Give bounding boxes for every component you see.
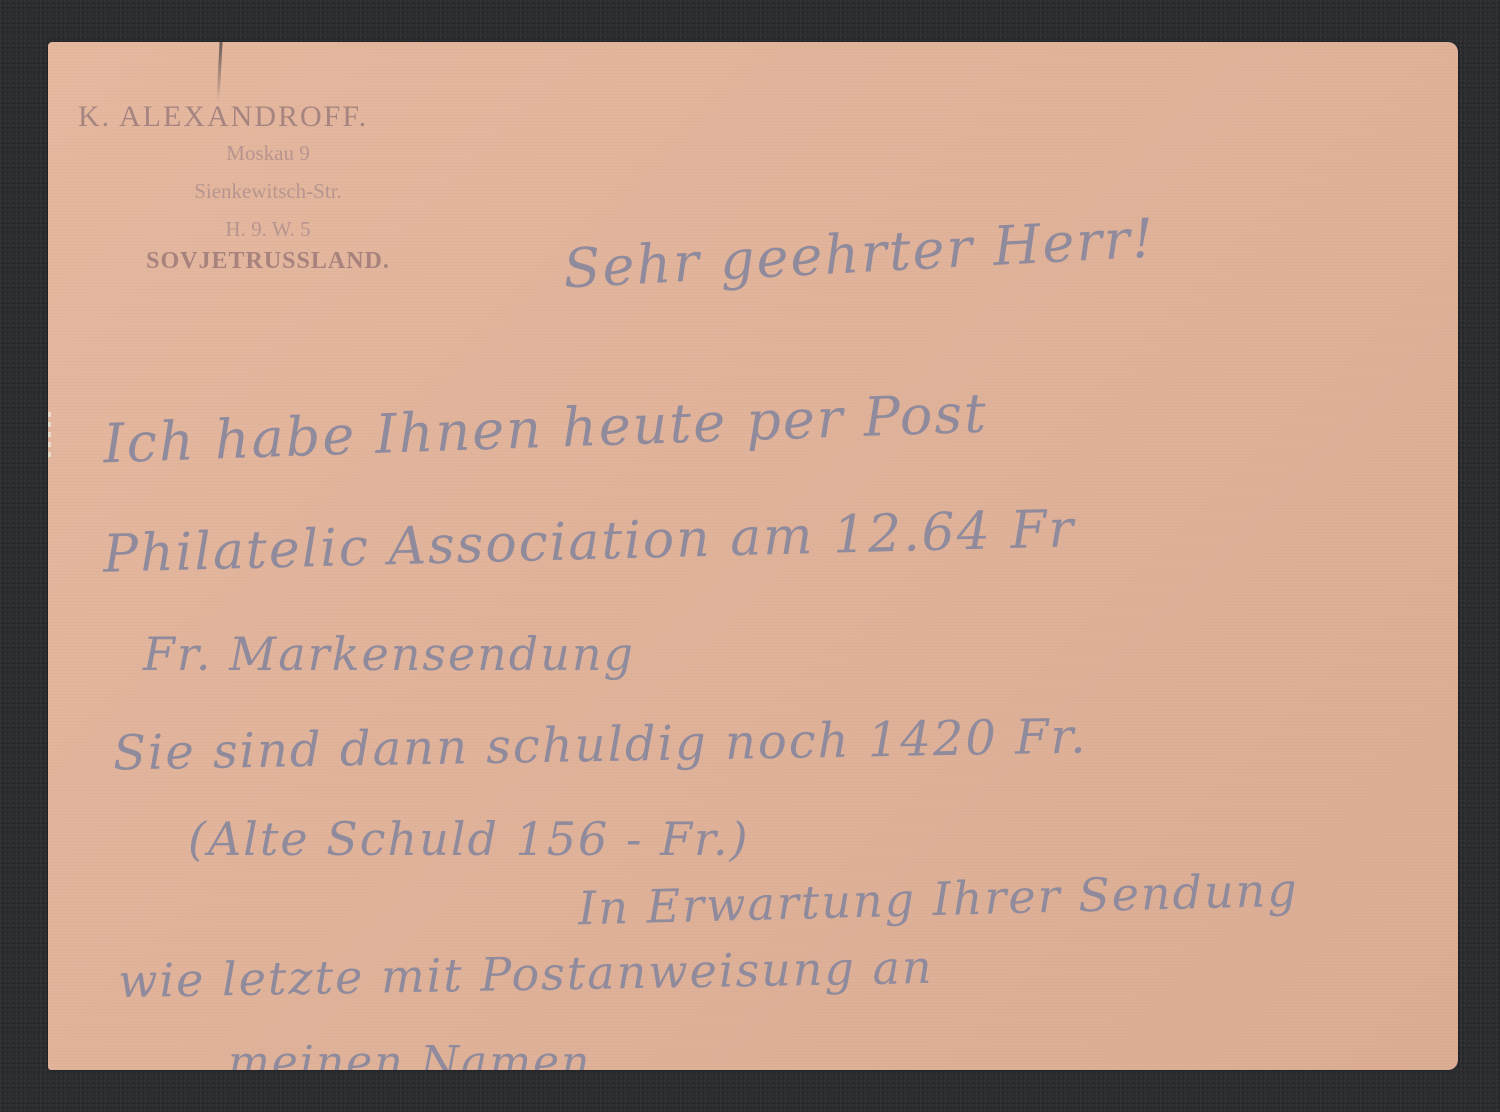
sender-address-stamp: K. ALEXANDROFF. Moskau 9 Sienkewitsch-St…: [68, 100, 468, 275]
sender-name: K. ALEXANDROFF.: [68, 100, 468, 134]
sender-street: Sienkewitsch-Str.: [68, 172, 468, 210]
salutation: Sehr geehrter Herr!: [562, 207, 1157, 301]
handwritten-line: wie letzte mit Postanweisung an: [118, 940, 934, 1008]
sender-house: H. 9. W. 5: [68, 210, 468, 248]
sender-country: SOVJETRUSSLAND.: [68, 248, 468, 275]
handwritten-line: Ich habe Ihnen heute per Post: [102, 382, 989, 476]
handwritten-line: (Alte Schuld 156 - Fr.): [188, 812, 750, 866]
postcard: K. ALEXANDROFF. Moskau 9 Sienkewitsch-St…: [48, 42, 1458, 1070]
perforation-edge: [48, 412, 51, 462]
handwritten-line: Sie sind dann schuldig noch 1420 Fr.: [113, 709, 1088, 782]
crease-mark: [216, 42, 222, 102]
handwritten-line: In Erwartung Ihrer Sendung: [577, 863, 1299, 936]
handwritten-line: meinen Namen: [228, 1037, 591, 1070]
handwritten-line: Fr. Markensendung: [143, 627, 635, 681]
handwritten-line: Philatelic Association am 12.64 Fr: [102, 499, 1076, 584]
sender-city: Moskau 9: [68, 134, 468, 172]
